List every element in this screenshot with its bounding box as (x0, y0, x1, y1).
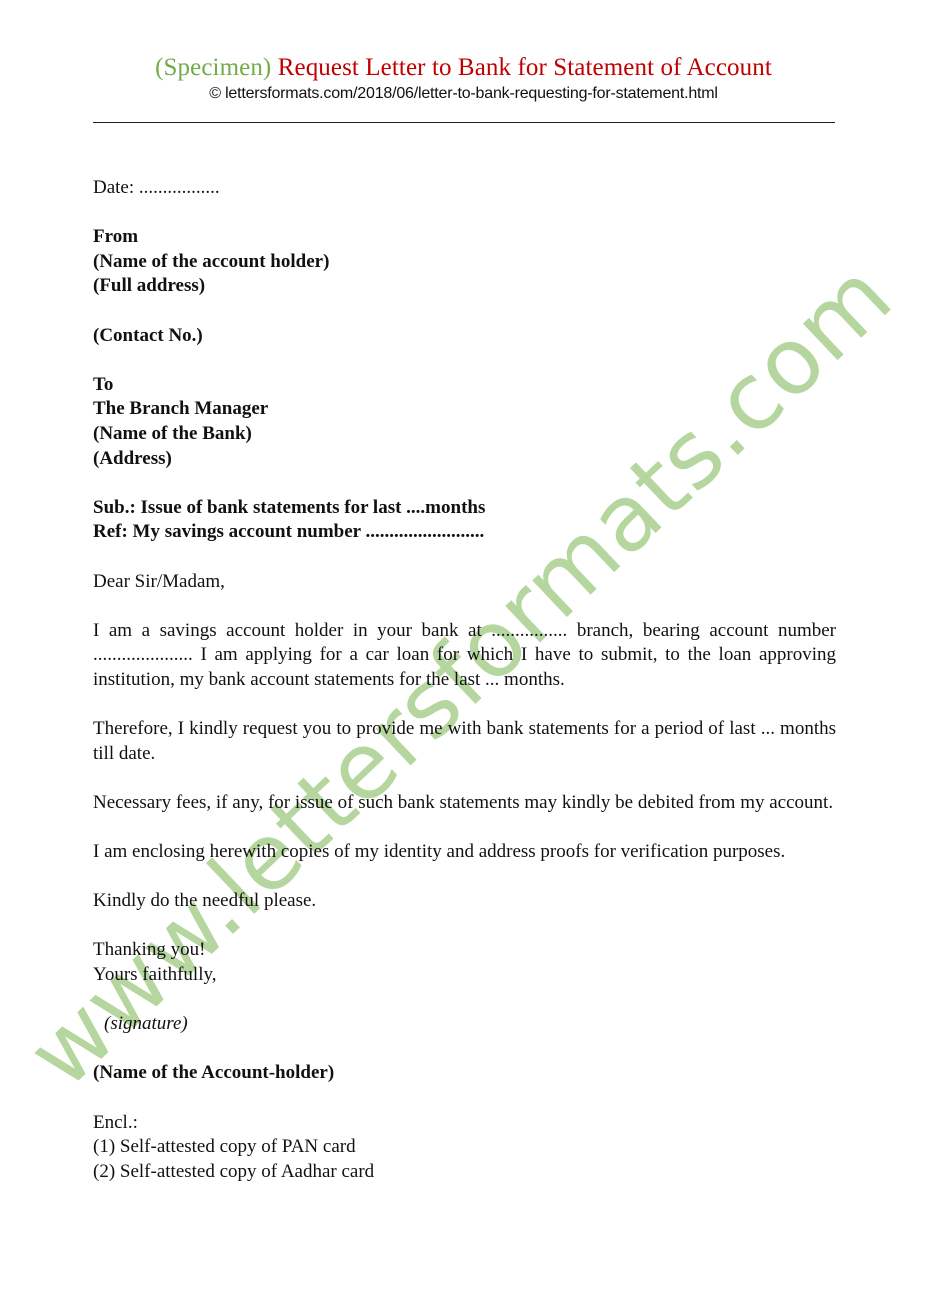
enclosure-item: (2) Self-attested copy of Aadhar card (93, 1160, 836, 1185)
signature-placeholder: (signature) (93, 1012, 836, 1037)
subject-line: Sub.: Issue of bank statements for last … (93, 496, 836, 521)
letter-body: Date: ................. From (Name of th… (93, 176, 836, 1184)
reference-line: Ref: My savings account number .........… (93, 520, 836, 545)
recipient-address: (Address) (93, 447, 836, 472)
salutation: Dear Sir/Madam, (93, 570, 836, 595)
enclosures-label: Encl.: (93, 1111, 836, 1136)
recipient-bank: (Name of the Bank) (93, 422, 836, 447)
to-label: To (93, 373, 836, 398)
title-text: Request Letter to Bank for Statement of … (278, 54, 772, 81)
header-divider (93, 122, 835, 123)
letter-page: (Specimen) Request Letter to Bank for St… (0, 0, 927, 1304)
thanks-line: Thanking you! (93, 938, 836, 963)
body-paragraph: Necessary fees, if any, for issue of suc… (93, 791, 836, 816)
specimen-label: (Specimen) (155, 54, 271, 81)
enclosure-item: (1) Self-attested copy of PAN card (93, 1135, 836, 1160)
body-paragraph: I am a savings account holder in your ba… (93, 619, 836, 693)
body-paragraph: I am enclosing herewith copies of my ide… (93, 840, 836, 865)
sign-off: Yours faithfully, (93, 963, 836, 988)
body-paragraph: Therefore, I kindly request you to provi… (93, 717, 836, 766)
date-line: Date: ................. (93, 176, 836, 201)
sender-name: (Name of the account holder) (93, 250, 836, 275)
sender-contact: (Contact No.) (93, 324, 836, 349)
body-paragraph: Kindly do the needful please. (93, 889, 836, 914)
document-title: (Specimen) Request Letter to Bank for St… (0, 52, 927, 84)
from-label: From (93, 225, 836, 250)
source-url: © lettersformats.com/2018/06/letter-to-b… (0, 84, 927, 104)
recipient-title: The Branch Manager (93, 397, 836, 422)
account-holder-name: (Name of the Account-holder) (93, 1061, 836, 1086)
sender-address: (Full address) (93, 274, 836, 299)
